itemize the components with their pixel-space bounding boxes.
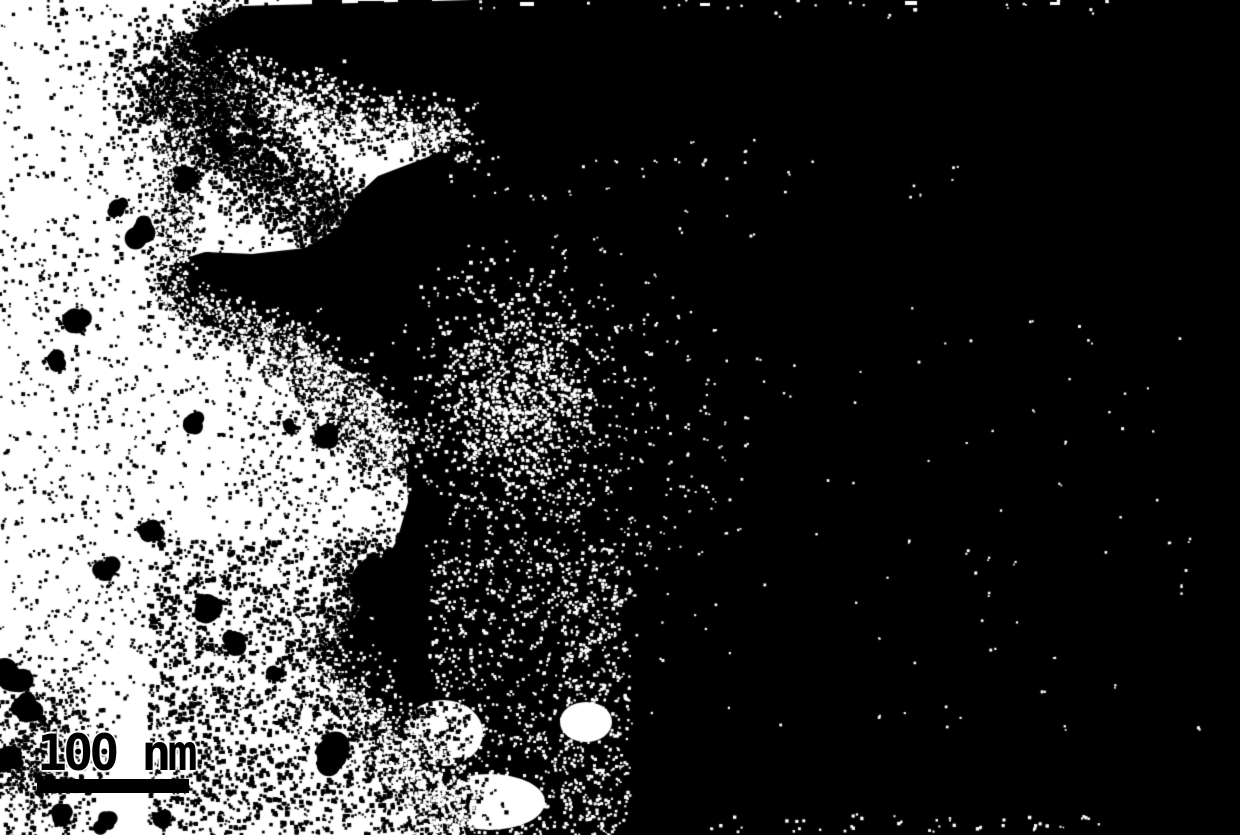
tem-micrograph: 100 nm [0,0,1240,835]
micrograph-canvas [0,0,1240,835]
scale-bar-group: 100 nm [37,731,194,793]
scale-bar-label: 100 nm [37,731,194,775]
